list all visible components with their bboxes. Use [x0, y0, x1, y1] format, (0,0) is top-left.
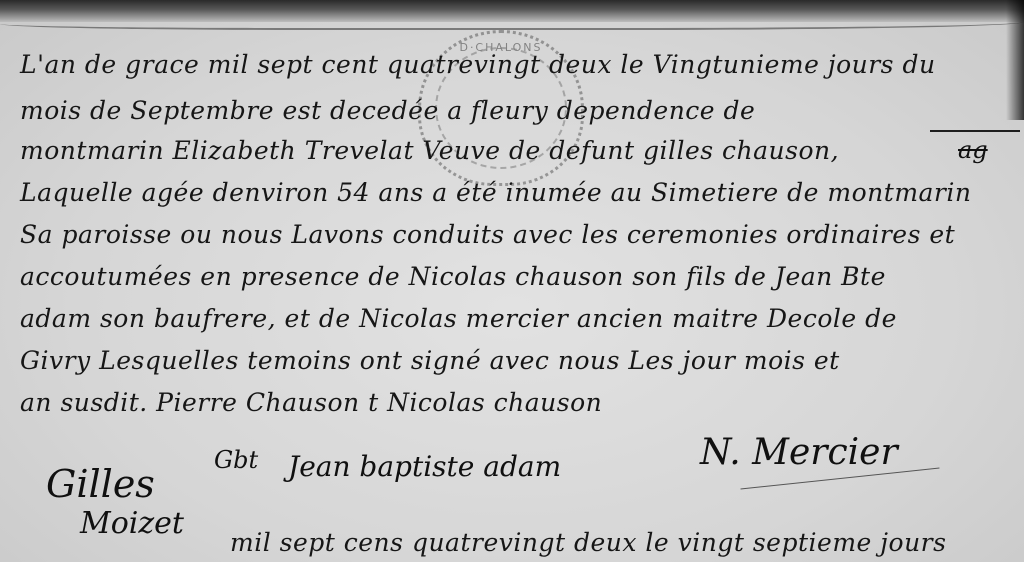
entry-line-9: an susdit. Pierre Chauson t Nicolas chau…: [20, 388, 602, 417]
signature-jean-baptiste-adam: Jean baptiste adam: [288, 450, 561, 483]
entry-line-2: mois de Septembre est decedée a fleury d…: [20, 96, 755, 125]
entry-line-6: accoutumées en presence de Nicolas chaus…: [20, 262, 886, 291]
next-entry-line-1: mil sept cens quatrevingt deux le vingt …: [230, 528, 946, 557]
signature-moizet: Moizet: [80, 506, 184, 541]
entry-line-3: montmarin Elizabeth Trevelat Veuve de de…: [20, 136, 839, 165]
page-shadow: [1006, 0, 1024, 120]
signature-gilles: Gilles: [46, 462, 155, 506]
signature-gbt: Gbt: [214, 446, 258, 474]
entry-line-5: Sa paroisse ou nous Lavons conduits avec…: [20, 220, 955, 249]
entry-line-7: adam son baufrere, et de Nicolas mercier…: [20, 304, 897, 333]
entry-line-8: Givry Lesquelles temoins ont signé avec …: [20, 346, 840, 375]
signature-mercier: N. Mercier: [700, 432, 898, 473]
page-crease: [0, 18, 1024, 30]
line-filler-rule: [930, 130, 1020, 132]
struck-word: ag: [958, 136, 988, 164]
entry-line-1: L'an de grace mil sept cent quatrevingt …: [20, 50, 936, 79]
entry-line-4: Laquelle agée denviron 54 ans a été inum…: [20, 178, 971, 207]
document-page: D·CHALONS L'an de grace mil sept cent qu…: [0, 0, 1024, 562]
